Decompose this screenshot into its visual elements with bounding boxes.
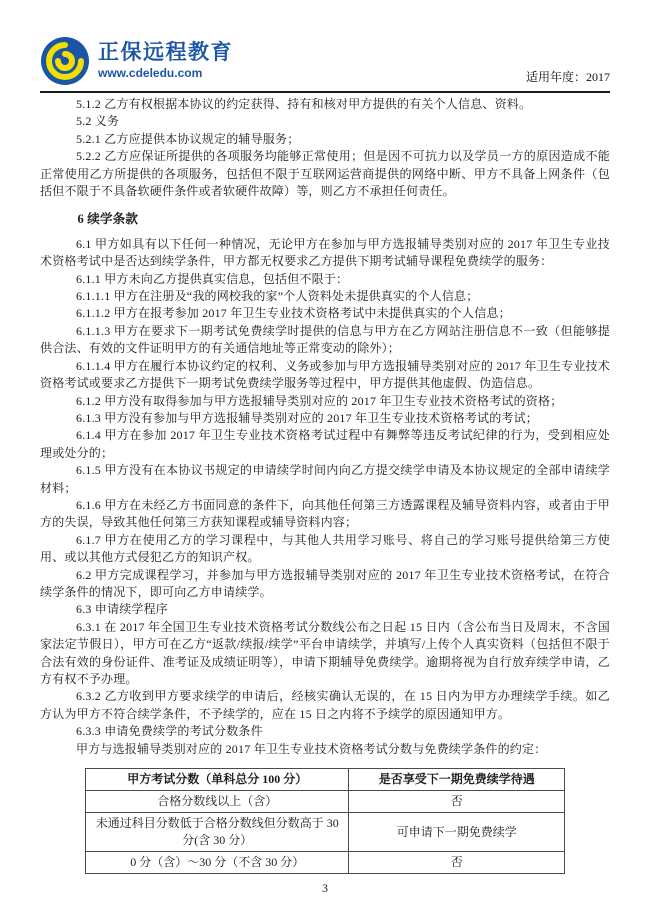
paragraph: 5.2 义务	[40, 113, 610, 130]
paragraph: 6.1.1.1 甲方在注册及“我的网校我的家”个人资料处未提供真实的个人信息；	[40, 288, 610, 305]
score-column-header: 甲方考试分数（单科总分 100 分）	[86, 769, 349, 791]
table-header-row: 甲方考试分数（单科总分 100 分） 是否享受下一期免费续学待遇	[86, 769, 565, 791]
table-row: 0 分（含）～30 分（不含 30 分） 否	[86, 852, 565, 874]
table-row: 未通过科目分数低于合格分数线但分数高于 30 分(含 30 分） 可申请下一期免…	[86, 813, 565, 852]
paragraph: 6.1.1.2 甲方在报考参加 2017 年卫生专业技术资格考试中未提供真实的个…	[40, 305, 610, 322]
brand-text: 正保远程教育 www.cdeledu.com	[98, 42, 233, 80]
paragraph: 6.1.2 甲方没有取得参加与甲方选报辅导类别对应的 2017 年卫生专业技术资…	[40, 393, 610, 410]
paragraph: 6.1.1.3 甲方在要求下一期考试免费续学时提供的信息与甲方在乙方网站注册信息…	[40, 323, 610, 358]
paragraph: 6.1.1.4 甲方在履行本协议约定的权利、义务或参加与甲方选报辅导类别对应的 …	[40, 358, 610, 393]
renewal-cell: 可申请下一期免费续学	[349, 813, 565, 852]
score-renewal-table: 甲方考试分数（单科总分 100 分） 是否享受下一期免费续学待遇 合格分数线以上…	[85, 768, 565, 874]
paragraph: 5.1.2 乙方有权根据本协议的约定获得、持有和核对甲方提供的有关个人信息、资料…	[40, 96, 610, 113]
document-page: 正保远程教育 www.cdeledu.com 适用年度：2017 5.1.2 乙…	[0, 0, 650, 896]
swirl-globe-icon	[40, 36, 90, 86]
paragraph: 6.3.2 乙方收到甲方要求续学的申请后，经核实确认无误的，在 15 日内为甲方…	[40, 688, 610, 723]
paragraph: 6.1.3 甲方没有参加与甲方选报辅导类别对应的 2017 年卫生专业技术资格考…	[40, 410, 610, 427]
renewal-cell: 否	[349, 852, 565, 874]
paragraph: 6.1.1 甲方未向乙方提供真实信息，包括但不限于：	[40, 271, 610, 288]
applicable-year-label: 适用年度：2017	[526, 68, 610, 86]
renewal-column-header: 是否享受下一期免费续学待遇	[349, 769, 565, 791]
paragraph: 5.2.2 乙方应保证所提供的各项服务均能够正常使用；但是因不可抗力以及学员一方…	[40, 148, 610, 200]
score-cell: 0 分（含）～30 分（不含 30 分）	[86, 852, 349, 874]
brand-url: www.cdeledu.com	[98, 67, 233, 80]
paragraph: 6.1.4 甲方在参加 2017 年卫生专业技术资格考试过程中有舞弊等违反考试纪…	[40, 427, 610, 462]
paragraph: 5.2.1 乙方应提供本协议规定的辅导服务；	[40, 131, 610, 148]
paragraph: 6.1.5 甲方没有在本协议书规定的申请续学时间内向乙方提交续学申请及本协议规定…	[40, 462, 610, 497]
table-row: 合格分数线以上（含） 否	[86, 791, 565, 813]
paragraph: 6.1 甲方如具有以下任何一种情况，无论甲方在参加与甲方选报辅导类别对应的 20…	[40, 236, 610, 271]
paragraph: 6.3 申请续学程序	[40, 601, 610, 618]
page-number: 3	[40, 881, 610, 896]
paragraph: 6.3.1 在 2017 年全国卫生专业技术资格考试分数线公布之日起 15 日内…	[40, 619, 610, 689]
paragraph: 6.3.3 申请免费续学的考试分数条件	[40, 723, 610, 740]
paragraph: 6.1.7 甲方在使用乙方的学习课程中，与其他人共用学习账号、将自己的学习账号提…	[40, 532, 610, 567]
document-body: 5.1.2 乙方有权根据本协议的约定获得、持有和核对甲方提供的有关个人信息、资料…	[40, 96, 610, 758]
page-header: 正保远程教育 www.cdeledu.com 适用年度：2017	[40, 36, 610, 93]
score-cell: 未通过科目分数低于合格分数线但分数高于 30 分(含 30 分）	[86, 813, 349, 852]
paragraph: 6.2 甲方完成课程学习，并参加与甲方选报辅导类别对应的 2017 年卫生专业技…	[40, 567, 610, 602]
score-cell: 合格分数线以上（含）	[86, 791, 349, 813]
brand-name: 正保远程教育	[98, 42, 233, 64]
brand-logo: 正保远程教育 www.cdeledu.com	[40, 36, 233, 86]
renewal-cell: 否	[349, 791, 565, 813]
paragraph: 6 续学条款	[40, 211, 610, 228]
paragraph: 6.1.6 甲方在未经乙方书面同意的条件下，向其他任何第三方透露课程及辅导资料内…	[40, 497, 610, 532]
paragraph: 甲方与选报辅导类别对应的 2017 年卫生专业技术资格考试分数与免费续学条件的约…	[40, 741, 610, 758]
